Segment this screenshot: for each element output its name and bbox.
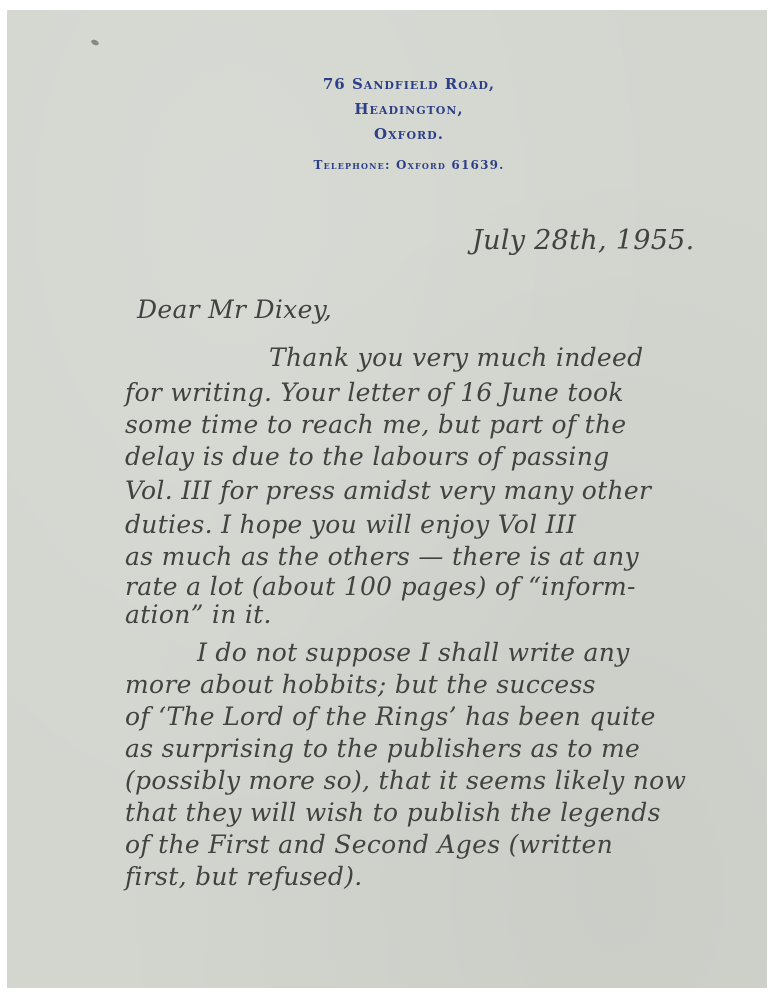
letter-line: of ‘The Lord of the Rings’ has been quit… [125,702,656,731]
letter-line: delay is due to the labours of passing [125,442,609,471]
letter-line: Vol. III for press amidst very many othe… [125,476,651,505]
letter-salutation: Dear Mr Dixey, [137,295,332,324]
letter-line: more about hobbits; but the success [125,670,596,699]
letter-line: Thank you very much indeed [269,343,643,372]
letterhead-address-street: 76 Sandfield Road, [7,72,767,97]
letterhead: 76 Sandfield Road, Headington, Oxford. T… [7,72,767,175]
letter-line: first, but refused). [125,862,363,891]
letter-date: July 28th, 1955. [472,225,695,256]
letter-line: for writing. Your letter of 16 June took [125,378,624,407]
letter-line: I do not suppose I shall write any [197,638,630,667]
letterhead-telephone: Telephone: Oxford 61639. [7,155,767,175]
letter-line: ation” in it. [125,600,272,629]
letter-line: duties. I hope you will enjoy Vol III [125,510,576,539]
ink-speck [90,39,99,47]
letter-line: as much as the others — there is at any [125,542,639,571]
letter-line: of the First and Second Ages (written [125,830,613,859]
letter-page: 76 Sandfield Road, Headington, Oxford. T… [7,10,767,988]
letter-line: some time to reach me, but part of the [125,410,627,439]
letter-line: (possibly more so), that it seems likely… [125,766,686,795]
letter-line: as surprising to the publishers as to me [125,734,640,763]
letter-line: that they will wish to publish the legen… [125,798,661,827]
letter-line: rate a lot (about 100 pages) of “inform- [125,572,636,601]
letterhead-address-city: Oxford. [7,122,767,147]
letterhead-address-district: Headington, [7,97,767,122]
